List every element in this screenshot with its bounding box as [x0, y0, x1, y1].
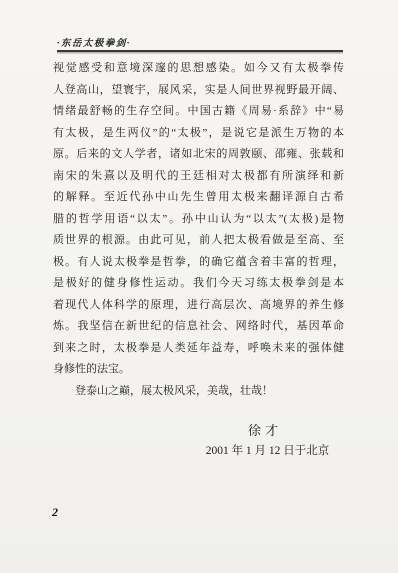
date-place-line: 2001 年 1 月 12 日于北京: [200, 442, 335, 458]
body-line: 身修性的法宝。: [53, 359, 344, 381]
body-line: 视觉感受和意境深邃的思想感染。如今又有太极拳传: [53, 58, 344, 80]
body-line: 着现代人体科学的原理，进行高层次、高境界的养生修: [53, 295, 344, 317]
body-line: 质世界的根源。由此可见，前人把太极看做是至高、至: [53, 230, 344, 252]
body-line: 原。后来的文人学者，诸如北宋的周敦颐、邵雍、张载和: [53, 144, 344, 166]
body-line-closing-exclamation: 登泰山之巅，展太极风采，美哉，壮哉！: [53, 381, 344, 403]
author-signature: 徐才: [235, 420, 295, 439]
body-line: 的解释。至近代孙中山先生曾用太极来翻译源自古希: [53, 187, 344, 209]
header-rule-divider: [57, 50, 343, 52]
body-line: 到来之时，太极拳是人类延年益寿，呼唤未来的强体健: [53, 338, 344, 360]
body-line: 南宋的朱熹以及明代的王廷相对太极都有所演绎和新: [53, 166, 344, 188]
running-header-title: ·东岳太极拳剑·: [57, 35, 131, 49]
scanned-book-page: ·东岳太极拳剑· 视觉感受和意境深邃的思想感染。如今又有太极拳传 人登高山，望寰…: [0, 0, 398, 573]
body-line: 情绪最舒畅的生存空间。中国古籍《周易·系辞》中“易: [53, 101, 344, 123]
body-line: 有太极，是生两仪”的“太极”，是说它是派生万物的本: [53, 123, 344, 145]
body-line: 炼。我坚信在新世纪的信息社会、网络时代，基因革命: [53, 316, 344, 338]
body-line: 是极好的健身修性运动。我们今天习练太极拳剑是本: [53, 273, 344, 295]
body-line: 极。有人说太极拳是哲拳，的确它蕴含着丰富的哲理，: [53, 252, 344, 274]
body-line: 人登高山，望寰宇，展风采，实是人间世界视野最开阔、: [53, 80, 344, 102]
body-text: 视觉感受和意境深邃的思想感染。如今又有太极拳传 人登高山，望寰宇，展风采，实是人…: [53, 58, 344, 402]
page-number: 2: [52, 505, 58, 520]
body-line: 腊的哲学用语“以太”。孙中山认为“以太”(太极)是物: [53, 209, 344, 231]
